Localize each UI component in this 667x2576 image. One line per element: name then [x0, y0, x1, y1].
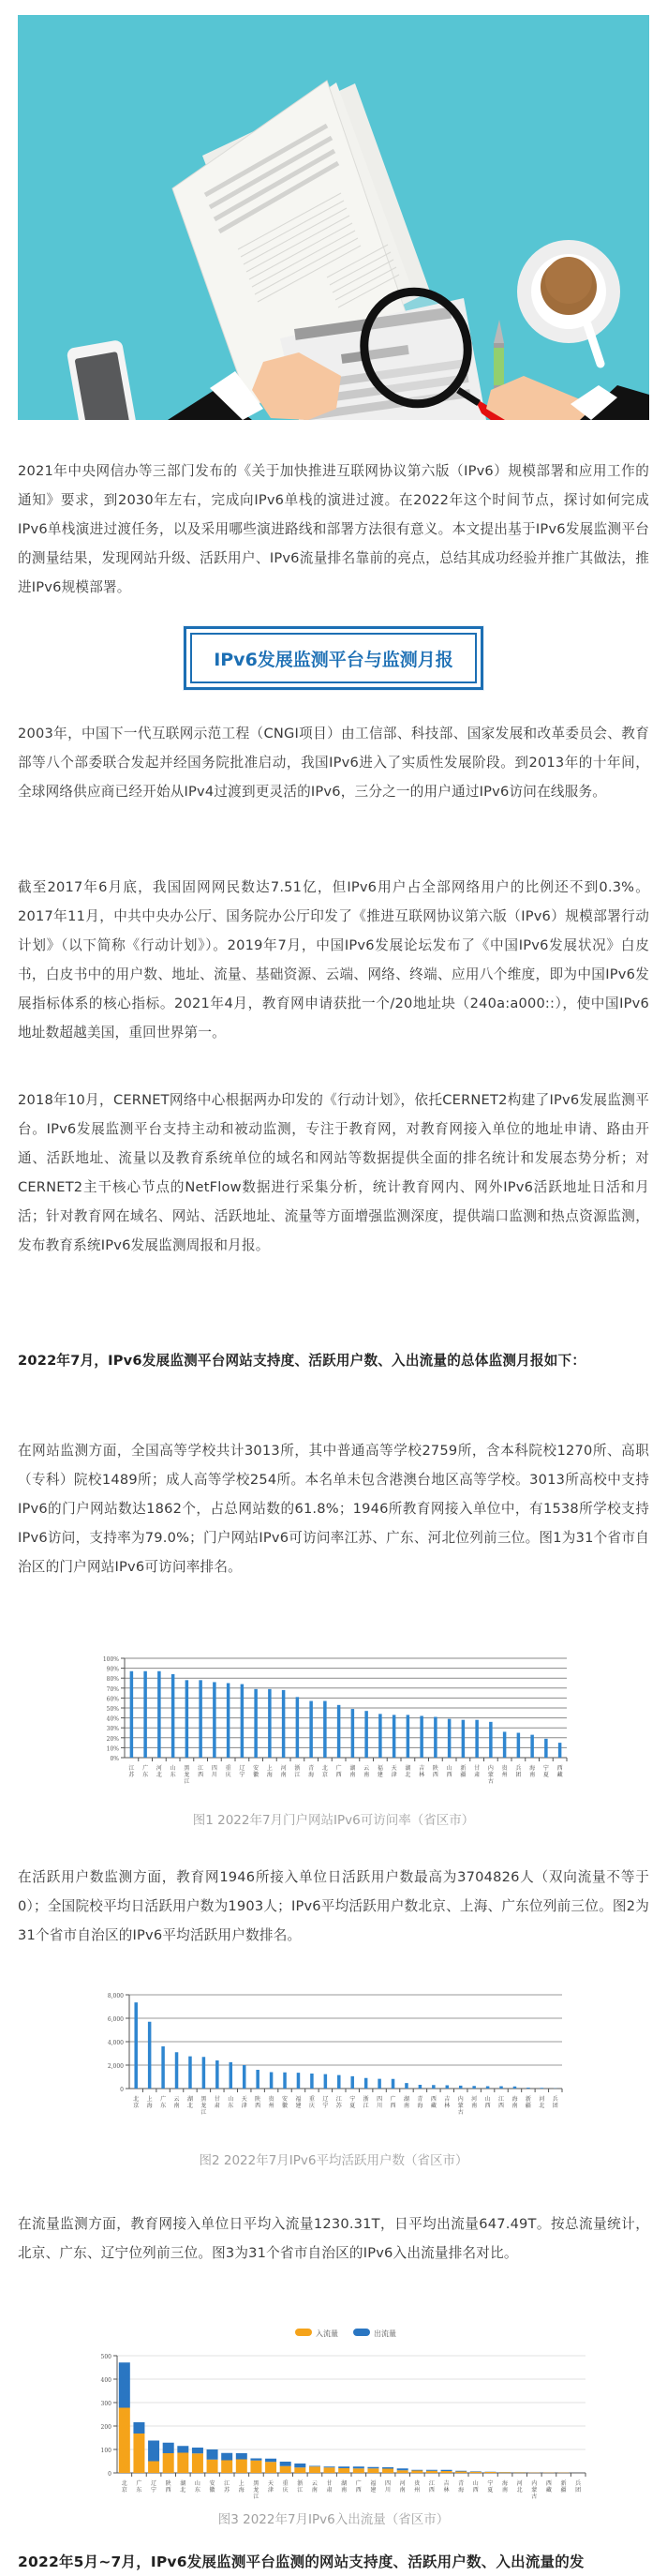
svg-text:四: 四 [212, 1765, 217, 1772]
svg-text:8,000: 8,000 [108, 1993, 124, 1999]
svg-text:龙: 龙 [184, 1771, 189, 1778]
svg-text:贵: 贵 [414, 2479, 421, 2487]
svg-text:80%: 80% [107, 1676, 120, 1683]
svg-text:江: 江 [184, 1777, 189, 1785]
svg-text:天: 天 [392, 1765, 397, 1772]
intro-paragraph: 2021年中央网信办等三部门发布的《关于加快推进互联网协议第六版（IPv6）规模… [18, 457, 649, 602]
svg-text:宁: 宁 [151, 2486, 156, 2494]
monthly-report-heading: 2022年7月，IPv6发展监测平台网站支持度、活跃用户数、入出流量的总体监测月… [18, 1346, 649, 1375]
svg-text:西: 西 [431, 2095, 437, 2103]
svg-text:30%: 30% [107, 1726, 120, 1732]
svg-text:江: 江 [128, 1764, 134, 1772]
figure-2-chart: 02,0004,0006,0008,000北京上海广东云南湖北黑龙江甘肃山东天津… [94, 1985, 581, 2149]
svg-text:福: 福 [295, 2095, 301, 2103]
svg-text:西: 西 [557, 1764, 563, 1772]
svg-text:90%: 90% [107, 1667, 120, 1673]
svg-text:海: 海 [529, 1764, 535, 1772]
svg-text:庆: 庆 [226, 1771, 231, 1778]
svg-text:团: 团 [515, 1771, 521, 1778]
svg-text:建: 建 [370, 2486, 376, 2494]
trend-heading: 2022年5月~7月，IPv6发展监测平台监测的网站支持度、活跃用户数、入出流量… [18, 2548, 649, 2576]
svg-text:辽: 辽 [322, 2095, 328, 2103]
svg-text:江: 江 [363, 2102, 369, 2109]
svg-text:60%: 60% [107, 1696, 120, 1702]
svg-text:广: 广 [391, 2095, 396, 2103]
svg-text:山: 山 [485, 2095, 491, 2103]
svg-text:湖: 湖 [180, 2479, 185, 2487]
svg-text:500: 500 [101, 2354, 112, 2360]
svg-text:夏: 夏 [543, 1771, 549, 1778]
svg-text:湖: 湖 [341, 2479, 347, 2487]
svg-text:40%: 40% [107, 1716, 120, 1723]
stacked-bar-chart-traffic: 0100200300400500北京广东辽宁陕西湖北山东安徽江苏上海黑龙江天津重… [56, 2323, 609, 2506]
svg-text:吉: 吉 [444, 2095, 450, 2103]
svg-text:南: 南 [341, 2486, 347, 2494]
svg-text:庆: 庆 [283, 2486, 289, 2494]
svg-text:江: 江 [297, 2486, 303, 2494]
svg-text:湖: 湖 [349, 1764, 355, 1772]
svg-text:宁: 宁 [543, 1764, 549, 1772]
svg-text:山: 山 [228, 2095, 233, 2103]
svg-text:疆: 疆 [526, 2102, 531, 2109]
svg-text:云: 云 [174, 2096, 180, 2103]
svg-text:江: 江 [198, 1764, 203, 1772]
bar-chart-active-users: 02,0004,0006,0008,000北京上海广东云南湖北黑龙江甘肃山东天津… [94, 1985, 581, 2149]
svg-text:宁: 宁 [322, 2102, 328, 2109]
svg-text:建: 建 [378, 1771, 383, 1778]
figure-3-caption: 图3 2022年7月IPv6入出流量（省区市） [0, 2509, 667, 2527]
svg-text:川: 川 [212, 1771, 217, 1778]
svg-text:内: 内 [531, 2479, 537, 2487]
svg-text:宁: 宁 [239, 1771, 245, 1778]
figure-1-chart: 0%10%20%30%40%50%60%70%80%90%100%江苏广东河北山… [94, 1650, 581, 1809]
svg-text:400: 400 [101, 2377, 112, 2384]
svg-text:林: 林 [444, 2102, 450, 2109]
svg-text:重: 重 [283, 2479, 289, 2487]
svg-text:北: 北 [180, 2486, 185, 2494]
svg-text:福: 福 [378, 1764, 383, 1772]
svg-text:古: 古 [488, 1777, 494, 1785]
svg-text:2,000: 2,000 [108, 2063, 124, 2070]
svg-text:出流量: 出流量 [374, 2329, 396, 2338]
svg-text:西: 西 [473, 2486, 479, 2494]
svg-text:吉: 吉 [419, 1764, 424, 1772]
svg-text:北: 北 [122, 2479, 127, 2487]
svg-text:南: 南 [363, 1771, 369, 1778]
svg-text:贵: 贵 [502, 1764, 509, 1772]
svg-text:兵: 兵 [575, 2479, 581, 2487]
svg-text:肃: 肃 [474, 1771, 480, 1778]
figure-1-caption: 图1 2022年7月门户网站IPv6可访问率（省区市） [0, 1809, 667, 1828]
svg-text:北: 北 [517, 2486, 523, 2494]
svg-text:浙: 浙 [363, 2095, 369, 2103]
svg-text:湖: 湖 [405, 1764, 410, 1772]
svg-text:北: 北 [187, 2102, 193, 2109]
svg-text:北: 北 [156, 1771, 162, 1778]
svg-text:河: 河 [281, 1764, 287, 1772]
svg-text:山: 山 [170, 1764, 176, 1772]
svg-text:江: 江 [253, 2493, 259, 2500]
svg-text:川: 川 [385, 2486, 391, 2494]
svg-text:建: 建 [295, 2102, 301, 2109]
svg-text:广: 广 [136, 2479, 141, 2487]
svg-text:西: 西 [198, 1771, 203, 1778]
document-review-illustration [18, 15, 649, 420]
svg-text:河: 河 [539, 2095, 544, 2103]
svg-text:南: 南 [404, 2102, 409, 2109]
svg-text:夏: 夏 [349, 2102, 355, 2109]
svg-text:津: 津 [268, 2486, 274, 2494]
svg-text:团: 团 [575, 2486, 581, 2494]
svg-text:肃: 肃 [215, 2102, 220, 2109]
svg-text:北: 北 [539, 2102, 544, 2109]
svg-text:龙: 龙 [200, 2102, 206, 2109]
svg-text:南: 南 [400, 2486, 406, 2494]
svg-text:4,000: 4,000 [108, 2040, 124, 2046]
svg-text:上: 上 [239, 2479, 245, 2487]
svg-text:辽: 辽 [239, 1764, 245, 1772]
svg-text:广: 广 [160, 2095, 166, 2103]
svg-text:贵: 贵 [269, 2095, 275, 2103]
svg-text:西: 西 [429, 2486, 435, 2494]
svg-text:州: 州 [269, 2102, 274, 2109]
svg-text:东: 东 [228, 2102, 233, 2109]
svg-text:藏: 藏 [546, 2486, 552, 2494]
svg-text:安: 安 [253, 1764, 259, 1772]
svg-text:州: 州 [414, 2486, 420, 2494]
svg-text:海: 海 [267, 1771, 273, 1778]
svg-text:南: 南 [312, 2486, 318, 2494]
svg-text:浙: 浙 [297, 2479, 303, 2487]
svg-text:西: 西 [433, 1771, 438, 1778]
svg-text:安: 安 [282, 2095, 288, 2103]
svg-text:甘: 甘 [215, 2095, 220, 2103]
svg-text:西: 西 [447, 1771, 452, 1778]
svg-text:50%: 50% [107, 1706, 120, 1713]
svg-text:四: 四 [377, 2096, 382, 2103]
svg-text:西: 西 [255, 2102, 260, 2109]
svg-text:龙: 龙 [253, 2486, 259, 2494]
svg-text:津: 津 [392, 1771, 397, 1778]
svg-text:西: 西 [485, 2102, 491, 2109]
svg-text:江: 江 [294, 1771, 300, 1778]
svg-text:陕: 陕 [255, 2095, 260, 2103]
svg-text:苏: 苏 [128, 1771, 135, 1778]
section-title: IPv6发展监测平台与监测月报 [190, 633, 477, 683]
hero-illustration [18, 15, 649, 420]
svg-text:入流量: 入流量 [316, 2329, 338, 2338]
svg-text:河: 河 [517, 2479, 523, 2487]
svg-text:京: 京 [122, 2486, 127, 2494]
svg-text:四: 四 [385, 2480, 391, 2487]
svg-text:南: 南 [511, 2102, 517, 2109]
svg-text:山: 山 [195, 2479, 200, 2487]
svg-text:江: 江 [498, 2095, 504, 2103]
svg-text:海: 海 [511, 2095, 517, 2103]
svg-text:内: 内 [458, 2095, 464, 2103]
svg-text:海: 海 [147, 2102, 153, 2109]
svg-text:川: 川 [377, 2102, 382, 2109]
svg-text:东: 东 [136, 2486, 141, 2494]
svg-text:西: 西 [356, 2486, 362, 2494]
svg-text:青: 青 [308, 1764, 314, 1772]
svg-text:宁: 宁 [487, 2479, 493, 2487]
svg-text:黑: 黑 [184, 1764, 190, 1772]
svg-text:河: 河 [156, 1764, 162, 1772]
svg-text:湖: 湖 [404, 2095, 409, 2103]
svg-text:藏: 藏 [431, 2102, 437, 2109]
svg-text:北: 北 [133, 2095, 139, 2103]
paragraph-active-users: 在活跃用户数监测方面，教育网1946所接入单位日活跃用户数最高为3704826人… [18, 1863, 649, 1950]
svg-text:苏: 苏 [336, 2102, 343, 2109]
bar-chart-access-rate: 0%10%20%30%40%50%60%70%80%90%100%江苏广东河北山… [94, 1650, 581, 1809]
svg-text:疆: 疆 [460, 1771, 466, 1778]
svg-text:重: 重 [226, 1764, 231, 1772]
figure-2-caption: 图2 2022年7月IPv6平均活跃用户数（省区市） [0, 2149, 667, 2168]
svg-text:重: 重 [309, 2095, 315, 2103]
svg-text:江: 江 [224, 2479, 230, 2487]
svg-text:海: 海 [502, 2479, 508, 2487]
svg-text:300: 300 [101, 2401, 112, 2407]
svg-text:海: 海 [239, 2486, 245, 2494]
svg-text:甘: 甘 [327, 2479, 333, 2487]
svg-text:广: 广 [356, 2479, 362, 2487]
svg-text:海: 海 [308, 1771, 314, 1778]
svg-text:浙: 浙 [294, 1764, 300, 1772]
figure-3-chart: 0100200300400500北京广东辽宁陕西湖北山东安徽江苏上海黑龙江天津重… [56, 2323, 609, 2506]
svg-text:福: 福 [370, 2479, 376, 2487]
svg-text:团: 团 [553, 2102, 558, 2109]
paragraph-website-monitoring: 在网站监测方面，全国高等学校共计3013所，其中普通高等学校2759所，含本科院… [18, 1436, 649, 1581]
svg-text:蒙: 蒙 [531, 2486, 537, 2494]
svg-text:20%: 20% [107, 1736, 120, 1743]
svg-text:70%: 70% [107, 1686, 120, 1693]
paragraph-2017: 截至2017年6月底，我国固网网民数达7.51亿，但IPv6用户占全部网络用户的… [18, 873, 649, 1047]
svg-text:兵: 兵 [515, 1764, 521, 1772]
paragraph-traffic: 在流量监测方面，教育网接入单位日平均入流量1230.31T，日平均出流量647.… [18, 2209, 649, 2268]
svg-text:山: 山 [473, 2479, 479, 2487]
svg-text:100%: 100% [103, 1656, 119, 1663]
svg-text:上: 上 [267, 1764, 273, 1772]
svg-text:云: 云 [363, 1765, 369, 1772]
svg-text:新: 新 [561, 2479, 567, 2487]
svg-text:河: 河 [471, 2095, 477, 2103]
svg-text:青: 青 [417, 2095, 422, 2103]
svg-text:0: 0 [120, 2087, 124, 2093]
svg-text:西: 西 [391, 2102, 396, 2109]
svg-text:林: 林 [444, 2486, 450, 2494]
svg-text:甘: 甘 [474, 1764, 480, 1772]
svg-text:天: 天 [268, 2480, 274, 2487]
svg-text:藏: 藏 [557, 1771, 563, 1778]
svg-text:黑: 黑 [253, 2479, 259, 2487]
svg-text:徽: 徽 [253, 1771, 259, 1778]
svg-text:宁: 宁 [349, 2095, 355, 2103]
svg-text:古: 古 [531, 2493, 537, 2500]
svg-text:京: 京 [133, 2102, 139, 2109]
svg-text:天: 天 [242, 2096, 247, 2103]
svg-text:海: 海 [458, 2486, 464, 2494]
svg-text:古: 古 [458, 2108, 464, 2116]
svg-text:西: 西 [546, 2479, 552, 2487]
svg-text:苏: 苏 [224, 2486, 230, 2494]
svg-text:南: 南 [471, 2102, 477, 2109]
svg-text:西: 西 [336, 1771, 342, 1778]
svg-text:安: 安 [210, 2479, 215, 2487]
paragraph-cngi: 2003年，中国下一代互联网示范工程（CNGI项目）由工信部、科技部、国家发展和… [18, 719, 649, 806]
svg-text:黑: 黑 [200, 2095, 207, 2103]
paragraph-cernet: 2018年10月，CERNET网络中心根据两办印发的《行动计划》，依托CERNE… [18, 1086, 649, 1260]
svg-text:南: 南 [502, 2486, 508, 2494]
svg-text:10%: 10% [107, 1745, 120, 1752]
svg-text:夏: 夏 [487, 2486, 493, 2494]
svg-text:蒙: 蒙 [488, 1771, 494, 1778]
svg-text:内: 内 [488, 1764, 494, 1772]
svg-text:陕: 陕 [166, 2479, 171, 2487]
svg-text:山: 山 [447, 1764, 452, 1772]
svg-text:100: 100 [101, 2448, 112, 2454]
svg-text:北: 北 [405, 1771, 410, 1778]
svg-text:南: 南 [281, 1771, 287, 1778]
svg-text:吉: 吉 [444, 2479, 450, 2487]
svg-text:江: 江 [200, 2108, 206, 2116]
svg-text:南: 南 [529, 1771, 535, 1778]
svg-text:东: 东 [195, 2486, 200, 2494]
svg-text:西: 西 [498, 2102, 504, 2109]
svg-text:蒙: 蒙 [458, 2102, 464, 2109]
svg-text:徽: 徽 [282, 2102, 288, 2109]
svg-text:0: 0 [108, 2471, 111, 2478]
svg-text:州: 州 [502, 1771, 508, 1778]
svg-text:北: 北 [322, 1764, 328, 1772]
svg-text:6,000: 6,000 [108, 2016, 124, 2023]
svg-text:南: 南 [174, 2102, 180, 2109]
svg-text:湖: 湖 [187, 2095, 193, 2103]
svg-text:南: 南 [349, 1771, 355, 1778]
svg-text:0%: 0% [110, 1756, 119, 1762]
svg-text:广: 广 [142, 1764, 148, 1772]
svg-text:陕: 陕 [433, 1764, 438, 1772]
svg-text:兵: 兵 [553, 2095, 558, 2103]
svg-text:上: 上 [147, 2095, 153, 2103]
svg-text:海: 海 [417, 2102, 422, 2109]
svg-text:东: 东 [160, 2102, 166, 2109]
svg-text:东: 东 [170, 1771, 176, 1778]
svg-text:200: 200 [101, 2424, 112, 2431]
svg-text:江: 江 [429, 2479, 435, 2487]
svg-text:京: 京 [322, 1771, 328, 1778]
svg-text:河: 河 [400, 2479, 406, 2487]
svg-text:辽: 辽 [151, 2479, 156, 2487]
svg-text:新: 新 [460, 1764, 466, 1772]
svg-text:肃: 肃 [327, 2486, 333, 2494]
svg-text:云: 云 [312, 2480, 318, 2487]
svg-text:江: 江 [336, 2095, 342, 2103]
svg-text:津: 津 [242, 2102, 247, 2109]
svg-text:广: 广 [336, 1764, 342, 1772]
svg-text:徽: 徽 [210, 2486, 215, 2494]
svg-text:疆: 疆 [561, 2486, 567, 2494]
svg-text:新: 新 [526, 2095, 531, 2103]
svg-text:庆: 庆 [309, 2102, 315, 2109]
svg-text:青: 青 [458, 2479, 464, 2487]
svg-text:东: 东 [142, 1771, 148, 1778]
section-title-box: IPv6发展监测平台与监测月报 [184, 626, 483, 690]
svg-text:林: 林 [419, 1771, 424, 1778]
svg-text:西: 西 [166, 2486, 171, 2494]
